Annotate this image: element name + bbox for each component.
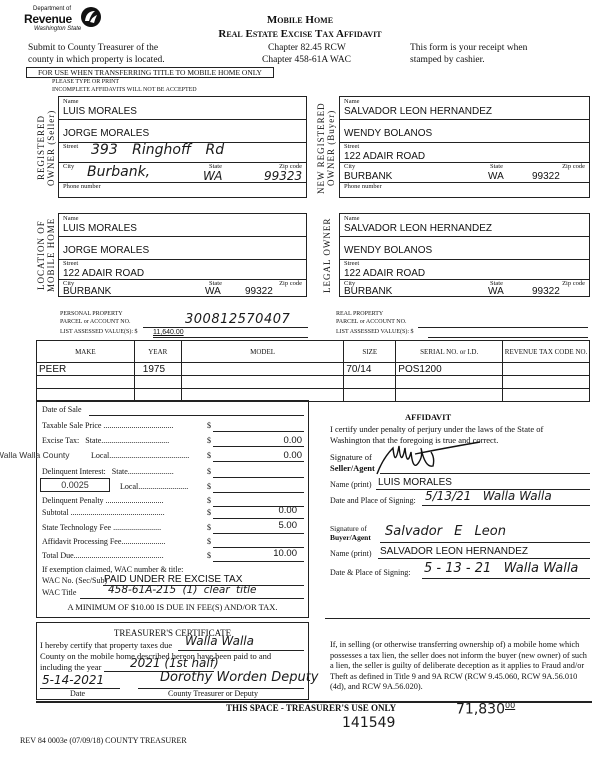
delinquent-penalty-label: Delinquent Penalty .....................…	[42, 496, 164, 505]
table-row	[37, 376, 590, 389]
chapter-rcw: Chapter 82.45 RCW	[268, 43, 346, 53]
chapter-wac: Chapter 458-61A WAC	[262, 55, 351, 65]
treasurer-line-3: including the year	[40, 662, 101, 672]
wac-no-label: WAC No. (Sec/Sub)	[42, 576, 107, 585]
buyer-street[interactable]: 122 ADAIR ROAD	[344, 151, 425, 162]
legal-owner-section-label: LEGAL OWNER	[322, 214, 336, 296]
minimum-due-note: A MINIMUM OF $10.00 IS DUE IN FEE(S) AND…	[36, 602, 309, 612]
seller-signature[interactable]	[375, 438, 485, 478]
delinquent-interest-label: Delinquent Interest: State..............…	[42, 467, 174, 476]
dor-swoosh-icon	[80, 6, 102, 28]
treasurer-use-only: THIS SPACE - TREASURER'S USE ONLY	[226, 703, 396, 713]
buyer-city-label: City	[344, 163, 355, 170]
buyer-name-2[interactable]: WENDY BOLANOS	[344, 128, 432, 139]
treasurer-line-1: I hereby certify that property taxes due	[40, 640, 172, 650]
col-year: YEAR	[134, 341, 181, 363]
col-model: MODEL	[181, 341, 344, 363]
location-street[interactable]: 122 ADAIR ROAD	[63, 268, 144, 279]
location-name-1[interactable]: LUIS MORALES	[63, 223, 137, 234]
tech-fee-label: State Technology Fee ...................…	[42, 523, 161, 532]
county-name[interactable]: Walla Walla County	[0, 450, 70, 460]
personal-property-label-1: PERSONAL PROPERTY	[60, 311, 123, 317]
buyer-block: Name SALVADOR LEON HERNANDEZ WENDY BOLAN…	[339, 96, 590, 198]
seller-name-print[interactable]: LUIS MORALES	[378, 477, 452, 488]
wac-title-value[interactable]: 458-61A-215 (1) clear title	[108, 584, 257, 596]
affidavit-certify-1: I certify under penalty of perjury under…	[330, 424, 543, 434]
transfer-banner-text: FOR USE WHEN TRANSFERRING TITLE TO MOBIL…	[27, 68, 273, 77]
seller-city-label: City	[63, 163, 74, 170]
location-zip-label: Zip code	[279, 280, 302, 287]
cell-model[interactable]	[181, 376, 344, 389]
buyer-sig-label-2: Buyer/Agent	[330, 533, 371, 542]
treasurer-date-label: Date	[70, 689, 85, 698]
location-name-label: Name	[63, 215, 79, 222]
cell-size[interactable]: 70/14	[344, 363, 396, 376]
real-property-label-1: REAL PROPERTY	[336, 311, 383, 317]
location-block: Name LUIS MORALES JORGE MORALES Street 1…	[58, 213, 307, 297]
seller-name-2[interactable]: JORGE MORALES	[63, 128, 149, 139]
legal-street-label: Street	[344, 260, 359, 267]
delinquent-interest-state-field[interactable]	[213, 477, 304, 478]
location-city[interactable]: BURBANK	[63, 286, 111, 297]
legal-street[interactable]: 122 ADAIR ROAD	[344, 268, 425, 279]
delinquent-interest-local-field[interactable]	[213, 492, 304, 493]
seller-sig-label-1: Signature of	[330, 452, 372, 462]
wac-title-label: WAC Title	[42, 588, 76, 597]
date-of-sale-label: Date of Sale	[42, 405, 82, 414]
buyer-date-place[interactable]: 5 - 13 - 21 Walla Walla	[424, 561, 578, 576]
affidavit-title: AFFIDAVIT	[405, 412, 451, 422]
treasurer-cert-title: TREASURER'S CERTIFICATE	[36, 628, 309, 638]
exemption-label: If exemption claimed, WAC number & title…	[42, 565, 183, 574]
location-zip[interactable]: 99322	[245, 286, 273, 297]
buyer-name-label: Name	[344, 98, 360, 105]
legal-name-2[interactable]: WENDY BOLANOS	[344, 245, 432, 256]
seller-zip[interactable]: 99323	[264, 169, 302, 183]
cell-serial[interactable]	[396, 376, 503, 389]
cell-revenue-code[interactable]	[503, 363, 590, 376]
seller-date-label: Date and Place of Signing:	[330, 496, 416, 505]
personal-assessed-value[interactable]: 11,640.00	[153, 329, 184, 336]
buyer-phone-label: Phone number	[344, 183, 382, 190]
buyer-sig-label-1: Signature of	[330, 524, 367, 533]
legal-name-label: Name	[344, 215, 360, 222]
seller-block: Name LUIS MORALES JORGE MORALES Street 3…	[58, 96, 307, 198]
real-assessed-label: LIST ASSESSED VALUE(S): $	[336, 329, 414, 335]
delinquent-local-label: Local.........................	[120, 482, 188, 491]
taxable-price-field[interactable]	[213, 431, 304, 432]
table-header-row: MAKE YEAR MODEL SIZE SERIAL NO. or I.D. …	[37, 341, 590, 363]
real-parcel-number[interactable]	[418, 327, 588, 328]
col-make: MAKE	[37, 341, 135, 363]
personal-property-label-2: PARCEL or ACCOUNT NO.	[60, 319, 130, 325]
seller-sig-label-2: Seller/Agent	[330, 463, 375, 473]
col-revenue-code: REVENUE TAX CODE NO.	[503, 341, 590, 363]
form-title-line2: Real Estate Excise Tax Affidavit	[180, 28, 420, 40]
dollar-sign: $	[207, 451, 211, 460]
buyer-name-1[interactable]: SALVADOR LEON HERNANDEZ	[344, 106, 492, 117]
treasurer-signature-label: County Treasurer or Deputy	[168, 689, 258, 698]
subtotal-label: Subtotal ...............................…	[42, 508, 165, 517]
buyer-date-label: Date & Place of Signing:	[330, 568, 410, 577]
instruction-incomplete: INCOMPLETE AFFIDAVITS WILL NOT BE ACCEPT…	[52, 87, 197, 93]
seller-city[interactable]: Burbank,	[87, 164, 150, 180]
personal-parcel-number[interactable]: 300812570407	[185, 312, 290, 327]
local-label: Local...................................…	[91, 451, 189, 460]
seller-street[interactable]: 393 Ringhoff Rd	[91, 142, 224, 158]
taxable-price-label: Taxable Sale Price .....................…	[42, 421, 173, 430]
col-serial: SERIAL NO. or I.D.	[396, 341, 503, 363]
buyer-section-label: NEW REGISTEREDOWNER (Buyer)	[316, 98, 338, 198]
form-id: REV 84 0003e (07/09/18) COUNTY TREASURER	[20, 736, 187, 745]
buyer-street-label: Street	[344, 143, 359, 150]
logo-state-text: Washington State	[34, 26, 81, 32]
buyer-state[interactable]: WA	[488, 171, 504, 182]
dollar-sign: $	[207, 421, 211, 430]
location-section-label: LOCATION OFMOBILE HOME	[36, 214, 58, 296]
treasurer-paid-year[interactable]: 2021 (1st half)	[130, 656, 219, 670]
cell-revenue-code[interactable]	[503, 376, 590, 389]
local-rate-value: 0.0025	[41, 479, 109, 491]
cell-serial[interactable]: POS1200	[396, 363, 503, 376]
cell-size[interactable]	[344, 376, 396, 389]
table-row: PEER 1975 70/14 POS1200	[37, 363, 590, 376]
cell-serial[interactable]	[396, 389, 503, 402]
dollar-sign: $	[207, 467, 211, 476]
seller-date-place[interactable]: 5/13/21 Walla Walla	[425, 489, 552, 503]
excise-state-amount[interactable]: 0.00	[212, 435, 302, 446]
treasurer-date[interactable]: 5-14-2021	[42, 673, 104, 687]
location-street-label: Street	[63, 260, 78, 267]
tech-fee-amount[interactable]: 5.00	[207, 520, 297, 531]
subtotal-amount[interactable]: 0.00	[207, 505, 297, 516]
stamped-amount: 71,83000	[456, 701, 515, 718]
buyer-city[interactable]: BURBANK	[344, 171, 392, 182]
total-due-amount[interactable]: 10.00	[207, 548, 297, 559]
seller-name-print-label: Name (print)	[330, 480, 372, 489]
local-rate-box[interactable]: 0.0025	[40, 478, 110, 492]
legal-zip-label: Zip code	[562, 280, 585, 287]
seller-name-label: Name	[63, 98, 79, 105]
total-due-label: Total Due...............................…	[42, 551, 164, 560]
location-state[interactable]: WA	[205, 286, 221, 297]
excise-local-amount[interactable]: 0.00	[212, 450, 302, 461]
cell-make[interactable]: PEER	[37, 363, 135, 376]
real-assessed-value[interactable]	[428, 337, 588, 338]
location-name-2[interactable]: JORGE MORALES	[63, 245, 149, 256]
dollar-sign: $	[207, 496, 211, 505]
processing-fee-label: Affidavit Processing Fee................…	[42, 537, 165, 546]
instruction-type-print: PLEASE TYPE OR PRINT	[52, 79, 119, 85]
buyer-name-print[interactable]: SALVADOR LEON HERNANDEZ	[380, 546, 528, 557]
receipt-note-2: stamped by cashier.	[410, 55, 485, 65]
col-size: SIZE	[344, 341, 396, 363]
dollar-sign: $	[207, 537, 211, 546]
dollar-sign: $	[207, 482, 211, 491]
seller-state[interactable]: WA	[203, 169, 222, 183]
legal-zip[interactable]: 99322	[532, 286, 560, 297]
cell-revenue-code[interactable]	[503, 389, 590, 402]
buyer-zip-label: Zip code	[562, 163, 585, 170]
personal-assessed-label: LIST ASSESSED VALUE(S): $	[60, 329, 138, 335]
legal-owner-block: Name SALVADOR LEON HERNANDEZ WENDY BOLAN…	[339, 213, 590, 297]
cell-year[interactable]	[134, 376, 181, 389]
buyer-signature[interactable]: Salvador E Leon	[385, 524, 506, 539]
buyer-zip[interactable]: 99322	[532, 171, 560, 182]
seller-street-label: Street	[63, 143, 78, 150]
form-title-line1: Mobile Home	[200, 14, 400, 26]
cell-year[interactable]: 1975	[134, 363, 181, 376]
submit-note-1: Submit to County Treasurer of the	[28, 43, 158, 53]
transfer-banner: FOR USE WHEN TRANSFERRING TITLE TO MOBIL…	[26, 67, 274, 78]
logo-revenue-text: Revenue	[24, 12, 72, 26]
legal-name-1[interactable]: SALVADOR LEON HERNANDEZ	[344, 223, 492, 234]
mobile-home-table: MAKE YEAR MODEL SIZE SERIAL NO. or I.D. …	[36, 340, 590, 402]
seller-phone-label: Phone number	[63, 183, 101, 190]
buyer-state-label: State	[490, 163, 503, 170]
legal-city[interactable]: BURBANK	[344, 286, 392, 297]
seller-section-label: REGISTEREDOWNER (Seller)	[36, 98, 58, 198]
real-property-label-2: PARCEL or ACCOUNT NO.	[336, 319, 406, 325]
excise-tax-label: Excise Tax: State.......................…	[42, 436, 169, 445]
submit-note-2: county in which property is located.	[28, 55, 165, 65]
dor-logo: Department of Revenue Washington State	[22, 4, 107, 40]
treasurer-signature[interactable]: Dorothy Worden Deputy	[160, 670, 319, 685]
cell-model[interactable]	[181, 363, 344, 376]
lien-notice: If, in selling (or otherwise transferrin…	[330, 640, 592, 693]
dollar-sign: $	[207, 436, 211, 445]
date-of-sale-field[interactable]	[89, 415, 304, 416]
cell-size[interactable]	[344, 389, 396, 402]
treasurer-county[interactable]: Walla Walla	[185, 634, 254, 648]
cell-make[interactable]	[37, 376, 135, 389]
buyer-name-print-label: Name (print)	[330, 549, 372, 558]
receipt-number: 141549	[342, 715, 395, 731]
seller-name-1[interactable]: LUIS MORALES	[63, 106, 137, 117]
legal-state[interactable]: WA	[488, 286, 504, 297]
receipt-note-1: This form is your receipt when	[410, 43, 527, 53]
